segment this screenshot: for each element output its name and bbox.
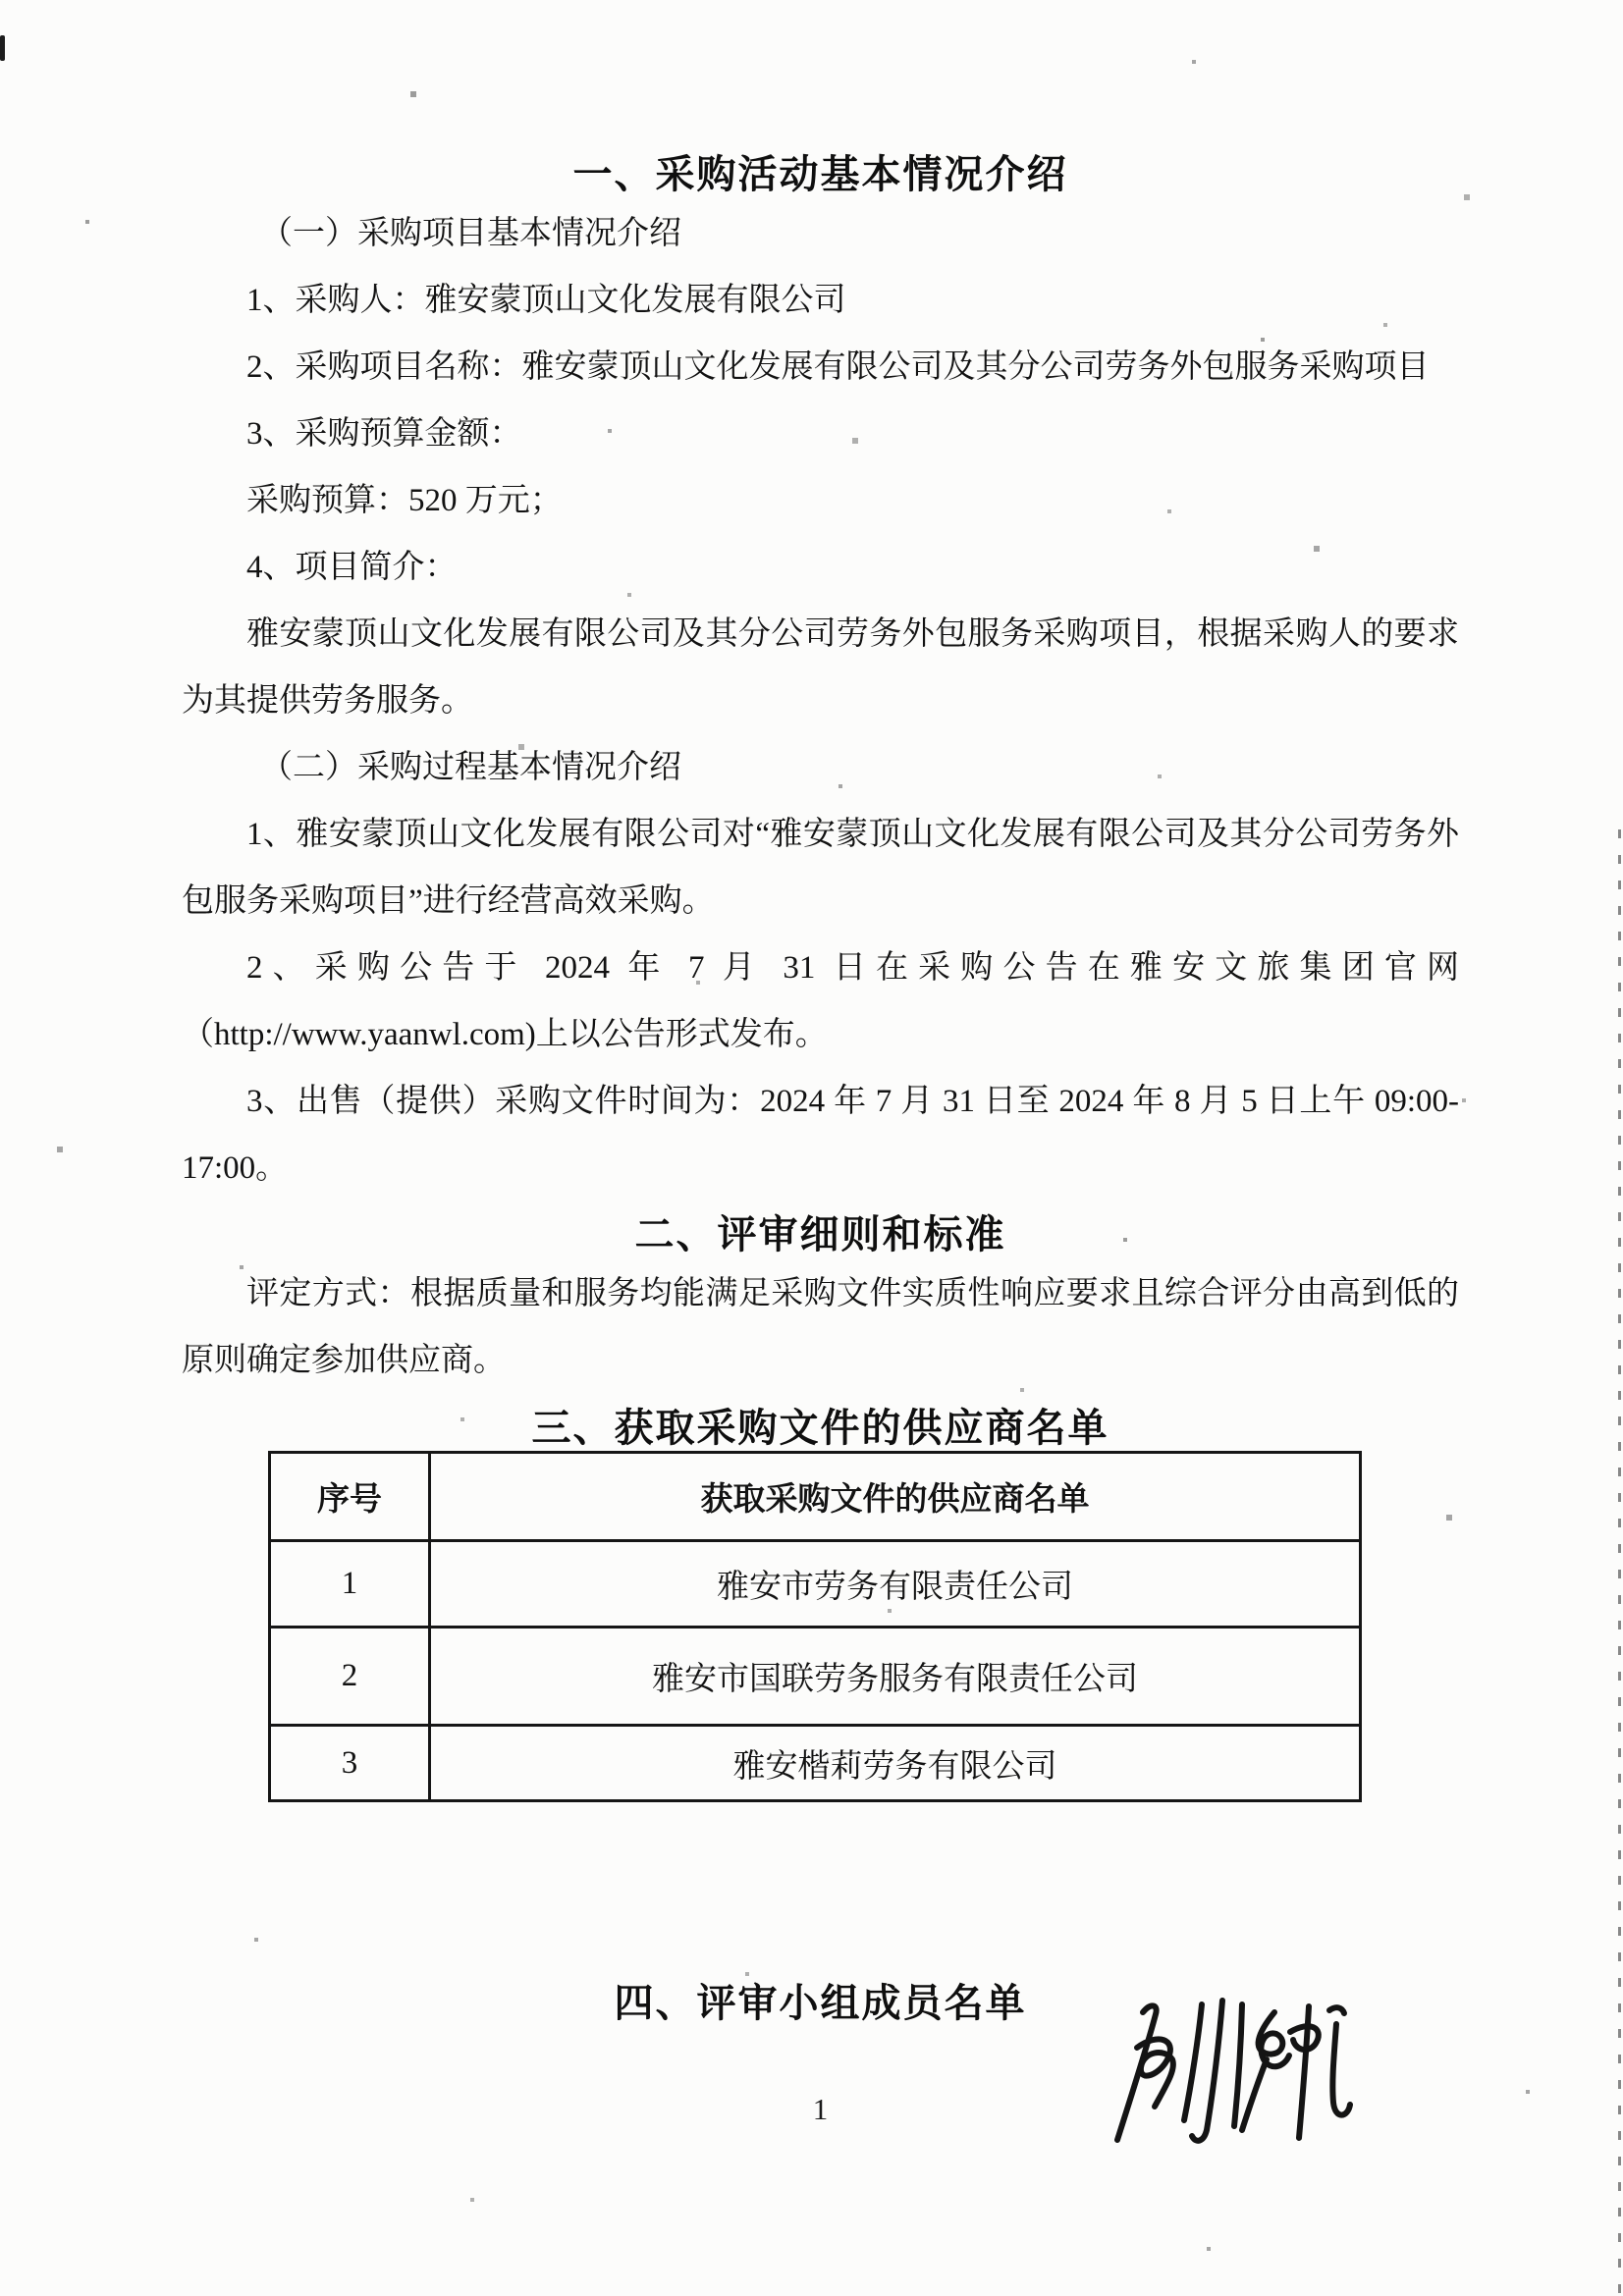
body-line: 原则确定参加供应商。: [182, 1327, 1459, 1394]
document-content: 一、采购活动基本情况介绍 （一）采购项目基本情况介绍 1、采购人：雅安蒙顶山文化…: [182, 0, 1459, 2129]
col-header-supplier: 获取采购文件的供应商名单: [430, 1453, 1361, 1541]
supplier-name: 雅安市劳务有限责任公司: [430, 1541, 1361, 1628]
section2-heading: 二、评审细则和标准: [182, 1209, 1459, 1260]
body-line: 2、采购公告于 2024 年 7 月 31 日在采购公告在雅安文旅集团官网: [182, 934, 1459, 1001]
table-row: 3 雅安楷莉劳务有限公司: [270, 1726, 1361, 1801]
table-row: 2 雅安市国联劳务服务有限责任公司: [270, 1628, 1361, 1726]
body-line: 2、采购项目名称：雅安蒙顶山文化发展有限公司及其分公司劳务外包服务采购项目: [182, 334, 1459, 400]
body-line: 包服务采购项目”进行经营高效采购。: [182, 868, 1459, 934]
body-line: 4、项目简介：: [182, 534, 1459, 601]
handwritten-signature-icon: [1108, 1991, 1353, 2172]
scan-edge-artifact: [1618, 829, 1621, 2296]
suppliers-table: 序号 获取采购文件的供应商名单 1 雅安市劳务有限责任公司 2 雅安市国联劳务服…: [268, 1451, 1362, 1802]
row-index: 3: [270, 1726, 430, 1801]
body-line: 为其提供劳务服务。: [182, 667, 1459, 734]
row-index: 2: [270, 1628, 430, 1726]
section1-heading: 一、采购活动基本情况介绍: [182, 149, 1459, 200]
scanned-document-page: { "document": { "section1_heading": "一、采…: [0, 0, 1623, 2296]
body-line: （http://www.yaanwl.com)上以公告形式发布。: [182, 1001, 1459, 1068]
supplier-name: 雅安市国联劳务服务有限责任公司: [430, 1628, 1361, 1726]
body-line: 采购预算：520 万元；: [182, 467, 1459, 534]
body-line: 3、采购预算金额：: [182, 400, 1459, 467]
scan-edge-mark: [0, 35, 5, 61]
body-line: 17:00。: [182, 1135, 1459, 1201]
body-line: 雅安蒙顶山文化发展有限公司及其分公司劳务外包服务采购项目，根据采购人的要求: [182, 601, 1459, 667]
table-row: 1 雅安市劳务有限责任公司: [270, 1541, 1361, 1628]
body-line: 1、采购人：雅安蒙顶山文化发展有限公司: [182, 267, 1459, 334]
row-index: 1: [270, 1541, 430, 1628]
scan-noise: [0, 0, 2, 2]
body-line: （二）采购过程基本情况介绍: [182, 734, 1459, 801]
body-line: （一）采购项目基本情况介绍: [182, 200, 1459, 267]
table-header-row: 序号 获取采购文件的供应商名单: [270, 1453, 1361, 1541]
body-line: 3、出售（提供）采购文件时间为：2024 年 7 月 31 日至 2024 年 …: [182, 1068, 1459, 1135]
supplier-name: 雅安楷莉劳务有限公司: [430, 1726, 1361, 1801]
section3-heading: 三、获取采购文件的供应商名单: [182, 1406, 1459, 1451]
body-line: 评定方式：根据质量和服务均能满足采购文件实质性响应要求且综合评分由高到低的: [182, 1260, 1459, 1327]
body-line: 1、雅安蒙顶山文化发展有限公司对“雅安蒙顶山文化发展有限公司及其分公司劳务外: [182, 801, 1459, 868]
col-header-index: 序号: [270, 1453, 430, 1541]
